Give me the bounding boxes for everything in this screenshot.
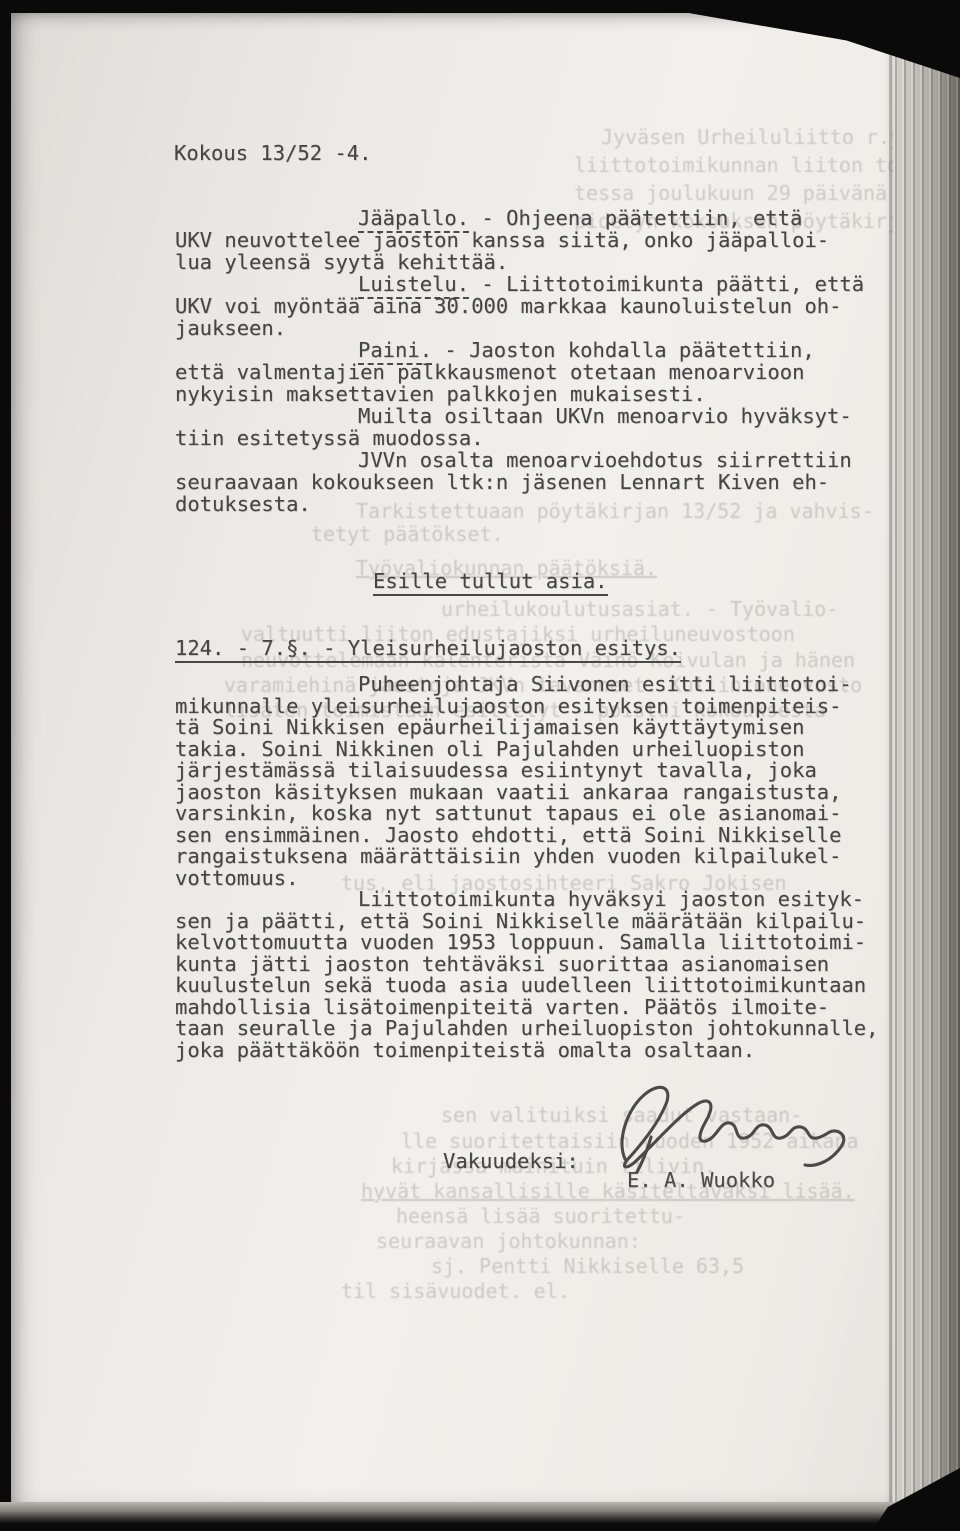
text-line: jaukseen.	[175, 316, 286, 340]
text-line: Paini. - Jaoston kohdalla päätettiin,	[358, 338, 815, 362]
text-line: joka päättäköön toimenpiteistä omalta os…	[175, 1038, 755, 1062]
text-line: rangaistuksena määrättäisiin yhden vuode…	[175, 844, 841, 868]
text-line: järjestämässä tilaisuudessa esiintynyt t…	[175, 758, 817, 782]
bleedthrough-line: urheilukoulutusasiat. - Työvalio-	[441, 597, 838, 621]
text-line: Esille tullut asia.	[373, 569, 608, 593]
text-line: JVVn osalta menoarvioehdotus siirrettiin	[358, 448, 852, 472]
text-line: Muilta osiltaan UKVn menoarvio hyväksyt-	[358, 404, 852, 428]
text-line: dotuksesta.	[175, 492, 311, 516]
text-line: nykyisin maksettavien palkkojen mukaises…	[175, 382, 706, 406]
signatory-name: E. A. Wuokko	[627, 1168, 775, 1192]
page-edge-line	[889, 13, 892, 1504]
attestation-label: Vakuudeksi:	[443, 1149, 579, 1173]
bleedthrough-line: tetyt päätökset.	[311, 522, 504, 546]
scanned-document-view: Kokous 13/52 -4. Jyväsen Urheiluliitto r…	[0, 0, 960, 1531]
text-line: Luistelu. - Liittotoimikunta päätti, ett…	[358, 272, 864, 296]
text-line: lua yleensä syytä kehittää.	[175, 250, 508, 274]
text-line: kelvottomuutta vuoden 1953 loppuun. Sama…	[175, 930, 866, 954]
text-line: varsinkin, koska nyt sattunut tapaus ei …	[175, 801, 841, 825]
text-line: kuulustelun sekä tuoda asia uudelleen li…	[175, 973, 866, 997]
bleedthrough-line: seuraavan johtokunnan:	[376, 1229, 641, 1253]
paper-page: Kokous 13/52 -4. Jyväsen Urheiluliitto r…	[11, 13, 893, 1504]
text-line: UKV voi myöntää aina 30.000 markkaa kaun…	[175, 294, 841, 318]
text-line: tiin esitetyssä muodossa.	[175, 426, 484, 450]
scan-frame-left	[0, 0, 11, 1531]
bleedthrough-line: til sisävuodet. el.	[341, 1279, 570, 1303]
scan-frame-bottom	[0, 1502, 960, 1531]
text-line: UKV neuvottelee jaoston kanssa siitä, on…	[175, 228, 829, 252]
bleedthrough-line: Jyväsen Urheiluliitto r.y.	[601, 125, 914, 149]
bleedthrough-line: sj. Pentti Nikkiselle 63,5	[431, 1254, 744, 1278]
text-line: Liittotoimikunta hyväksyi jaoston esityk…	[358, 887, 864, 911]
bleedthrough-line: Tarkistettuaan pöytäkirjan 13/52 ja vahv…	[356, 499, 874, 523]
page-header: Kokous 13/52 -4.	[174, 141, 371, 165]
text-line: seuraavaan kokoukseen ltk:n jäsenen Lenn…	[175, 470, 829, 494]
text-line: 124. - 7.§. - Yleisurheilujaoston esitys…	[175, 636, 681, 660]
book-fore-edge	[893, 13, 960, 1504]
text-line: että valmentajien palkkausmenot otetaan …	[175, 360, 804, 384]
text-line: Puheenjohtaja Siivonen esitti liittotoi-	[358, 672, 852, 696]
text-line: taan seuralle ja Pajulahden urheiluopist…	[175, 1016, 879, 1040]
bleedthrough-line: heensä lisää suoritettu-	[396, 1204, 685, 1228]
text-line: vottomuus.	[175, 866, 298, 890]
text-line: Jääpallo. - Ohjeena päätettiin, että	[358, 206, 802, 230]
text-line: tä Soini Nikkisen epäurheilijamaisen käy…	[175, 715, 804, 739]
